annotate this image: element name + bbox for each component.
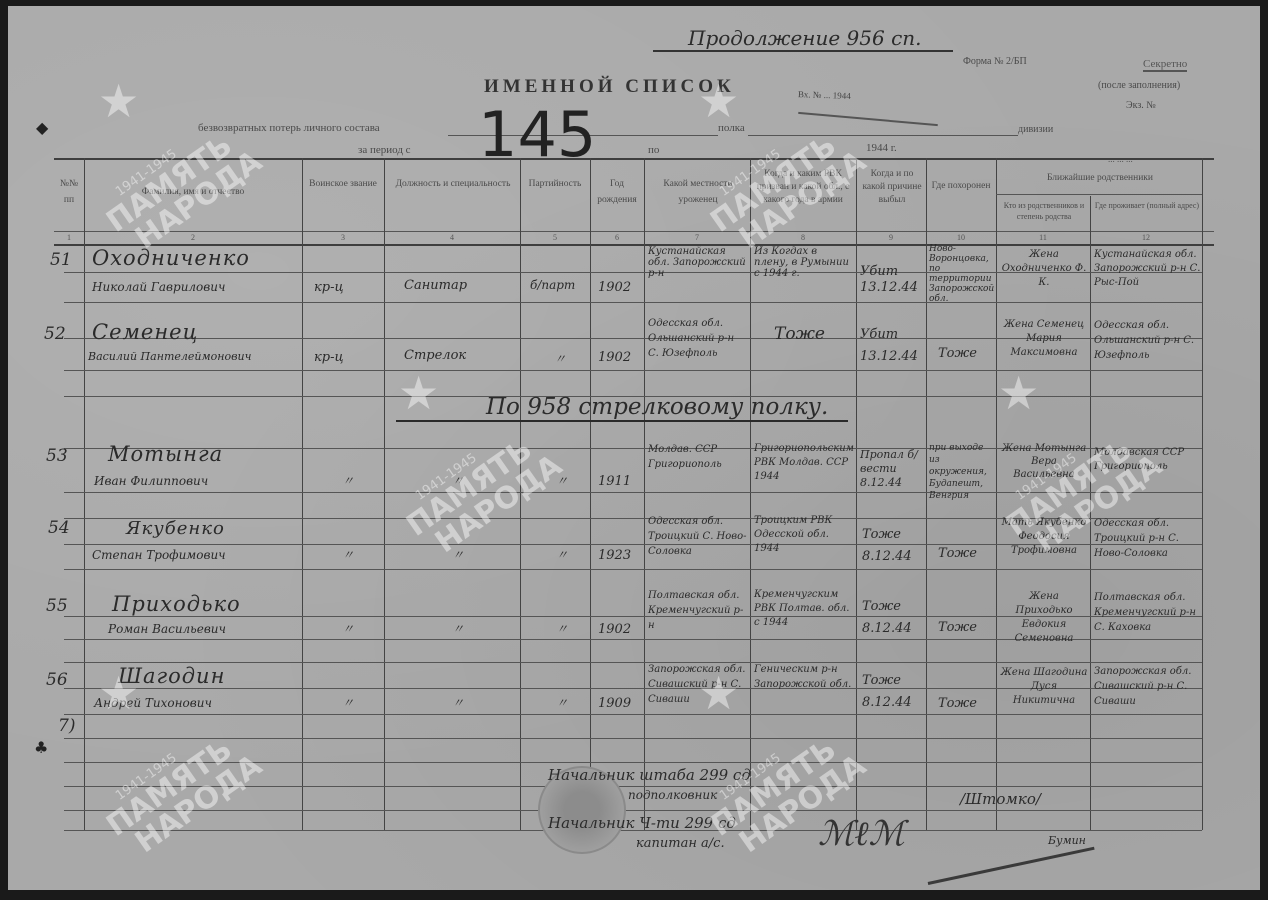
watermark-star-icon: ★: [98, 74, 139, 128]
watermark-line1: ПАМЯТЬ: [102, 122, 250, 238]
party: б/парт: [530, 278, 575, 292]
watermark-star-icon: ★: [998, 366, 1039, 420]
watermark-years: 1941-1945: [718, 714, 837, 803]
header-buried: Где похоронен: [928, 178, 994, 194]
given-names: Николай Гаврилович: [92, 280, 225, 294]
address: Запорожская обл. Сивашский р-н С. Сиваши: [1094, 664, 1206, 709]
burial-place: Ново-Воронцовка, по территории Запорожск…: [929, 244, 995, 304]
drafted: Кременчугским РВК Полтав. обл. с 1944: [754, 588, 854, 630]
relatives-subheader-line: [996, 194, 1202, 195]
left-reason: Убит 13.12.44: [860, 264, 924, 296]
rank: 〃: [342, 546, 354, 563]
relative: Жена Приходько Евдокия Семеновна: [1000, 590, 1088, 646]
left-reason: Тоже 8.12.44: [862, 596, 926, 640]
given-names: Степан Трофимович: [92, 548, 226, 562]
handwritten-division-number: 145: [478, 98, 596, 171]
row-number: 52: [44, 324, 66, 344]
col-num: 8: [750, 233, 856, 242]
relative: Мать Якубенко Феодосия Трофимовна: [1000, 516, 1088, 558]
col-line-1: [84, 158, 85, 830]
rule-line: [64, 762, 1202, 763]
relative: Жена Оходниченко Ф. К.: [1000, 248, 1088, 290]
birth-year: 1923: [598, 548, 631, 563]
watermark-star-icon: ★: [698, 74, 739, 128]
header-drafted: Когда и каким РВК призван и какой обл., …: [754, 168, 852, 207]
position: Санитар: [404, 278, 467, 293]
col-num: 11: [996, 233, 1090, 242]
address: Кустанайская обл. Запорожский р-н С. Рыс…: [1094, 248, 1206, 290]
birth-year: 1911: [598, 474, 631, 489]
position: 〃: [452, 472, 464, 489]
header-birth-year: Год рождения: [592, 176, 642, 208]
after-fill-label: (после заполнения): [1098, 80, 1180, 91]
watermark-line1: ПАМЯТЬ: [402, 426, 550, 542]
header-left: Когда и по какой причине выбыл: [860, 168, 924, 207]
header-rank: Воинское звание: [308, 176, 378, 192]
subtitle-losses: безвозвратных потерь личного состава: [198, 122, 380, 134]
col-line-9: [926, 158, 927, 830]
section-heading: По 958 стрелковому полку.: [486, 394, 828, 420]
chief-of-staff-name: /Штомко/: [960, 790, 1041, 808]
rank: кр-ц: [314, 280, 344, 295]
col-line-11: [1090, 196, 1091, 830]
division-label: дивизии: [1018, 124, 1053, 135]
rank: 〃: [342, 472, 354, 489]
given-names: Василий Пантелеймонович: [88, 350, 251, 363]
party: 〃: [556, 694, 568, 711]
rule-line: [64, 662, 1202, 663]
left-reason: Тоже 8.12.44: [862, 670, 926, 714]
position: Стрелок: [404, 348, 466, 363]
surname: Якубенко: [126, 518, 225, 539]
birth-year: 1902: [598, 622, 631, 637]
chief-of-staff-rank: подполковник: [628, 788, 717, 802]
burial-place: Тоже: [938, 696, 977, 711]
col-line-4: [520, 158, 521, 830]
address: Одесская обл. Троицкий р-н С. Ново-Солов…: [1094, 516, 1206, 561]
rule-line: [64, 786, 1202, 787]
party: 〃: [556, 620, 568, 637]
address: Молдавская ССР Григориополь: [1094, 446, 1206, 474]
relative: Жена Мотынга Вера Васильевна: [1000, 442, 1088, 481]
header-relative-who: Кто из родственников и степень родства: [1000, 200, 1088, 222]
signature-scrawl: ℳℓℳ: [818, 814, 905, 854]
form-number: Форма № 2/БП: [963, 56, 1027, 67]
signature-stroke: [928, 847, 1095, 885]
table-top-border: [54, 158, 1214, 160]
document-page: Продолжение 956 сп. Форма № 2/БП Секретн…: [8, 6, 1260, 890]
drafted: Григориопольским РВК Молдав. ССР 1944: [754, 442, 854, 484]
header-position: Должность и специальность: [392, 176, 514, 192]
given-names: Роман Васильевич: [108, 622, 226, 636]
header-party: Партийность: [524, 176, 586, 192]
row-number: 55: [46, 596, 68, 616]
col-line-7: [750, 158, 751, 830]
col-line-3: [384, 158, 385, 830]
position: 〃: [452, 620, 464, 637]
watermark-line2: НАРОДА: [431, 450, 568, 558]
stamp-underline: [798, 112, 938, 126]
continuation-underline: [653, 50, 953, 52]
rule-line: [64, 492, 1202, 493]
address: Полтавская обл. Кременчугский р-н С. Ках…: [1094, 590, 1206, 635]
continuation-note: Продолжение 956 сп.: [688, 26, 922, 50]
incoming-stamp: Вх. № ... 1944: [798, 89, 851, 101]
col-line-6: [644, 158, 645, 830]
col-line-5: [590, 158, 591, 830]
surname: Семенец: [92, 320, 198, 344]
period-to-label: по: [648, 144, 659, 156]
row-number: 54: [48, 518, 70, 538]
row-number: 51: [50, 250, 72, 270]
blank-row-number: 7): [58, 716, 75, 736]
section-heading-underline: [396, 420, 848, 422]
origin: Полтавская обл. Кременчугский р-н: [648, 588, 748, 633]
chief-of-staff-title: Начальник штаба 299 сд: [548, 766, 751, 784]
rule-line: [64, 738, 1202, 739]
birth-year: 1909: [598, 696, 631, 711]
left-reason: Тоже 8.12.44: [862, 524, 926, 568]
relative: Жена Шагодина Дуся Никитична: [1000, 666, 1088, 708]
watermark-years: 1941-1945: [114, 714, 233, 803]
period-from-label: за период с: [358, 144, 411, 156]
drafted: Из Когдах в плену, в Румынии с 1944 г.: [754, 246, 854, 279]
watermark-line1: ПАМЯТЬ: [102, 726, 250, 842]
position: 〃: [452, 694, 464, 711]
burial-place: при выходе из окружения, Будапешт, Венгр…: [929, 442, 995, 502]
drafted: Троицким РВК Одесской обл. 1944: [754, 514, 854, 556]
rank: 〃: [342, 694, 354, 711]
burial-place: Тоже: [938, 346, 977, 361]
surname: Мотынга: [108, 442, 223, 466]
col-num: 5: [520, 233, 590, 242]
header-bottom-line: [54, 231, 1214, 232]
birth-year: 1902: [598, 350, 631, 365]
col-num: 2: [84, 233, 302, 242]
watermark-star-icon: ★: [398, 366, 439, 420]
row-number: 53: [46, 446, 68, 466]
address: Одесская обл. Ольшанский р-н С. Юзефполь: [1094, 318, 1206, 363]
col-num: 10: [926, 233, 996, 242]
rule-line: [64, 569, 1202, 570]
drafted: Геническим р-н Запорожской обл.: [754, 662, 854, 692]
col-num: 12: [1090, 233, 1202, 242]
burial-place: Тоже: [938, 620, 977, 635]
rule-line: [64, 302, 1202, 303]
given-names: Иван Филиппович: [94, 474, 208, 488]
origin: Кустанайская обл. Запорожский р-н: [648, 246, 748, 279]
rank: 〃: [342, 620, 354, 637]
header-num: №№ пп: [54, 176, 84, 208]
col-line-2: [302, 158, 303, 830]
header-address: Где проживает (полный адрес): [1094, 200, 1200, 211]
row-number: 56: [46, 670, 68, 690]
rule-line: [64, 714, 1202, 715]
surname: Приходько: [112, 592, 241, 616]
ink-mark: ◆: [36, 118, 48, 137]
header-relatives: Ближайшие родственники: [1000, 170, 1200, 186]
col-num: 1: [54, 233, 84, 242]
copy-number-label: Экз. №: [1126, 100, 1156, 111]
col-num: 7: [644, 233, 750, 242]
origin: Молдав. ССР Григориополь: [648, 442, 748, 472]
origin: Одесская обл. Ольшанский р-н С. Юзефполь: [648, 316, 748, 361]
header-name: Фамилия, имя и отчество: [84, 184, 302, 200]
party: 〃: [556, 472, 568, 489]
surname: Оходниченко: [92, 246, 250, 270]
col-num: 9: [856, 233, 926, 242]
col-line-10: [996, 158, 997, 830]
regiment-fill-line: [748, 135, 1018, 136]
ink-mark: ♣: [34, 738, 48, 757]
burial-place: Тоже: [938, 546, 977, 561]
header-origin: Какой местности уроженец: [648, 176, 748, 208]
watermark-years: 1941-1945: [414, 414, 533, 503]
party: 〃: [556, 546, 568, 563]
origin: Одесская обл. Троицкий С. Ново-Соловка: [648, 514, 748, 559]
rank: кр-ц: [314, 350, 344, 365]
col-num: 6: [590, 233, 644, 242]
watermark-star-icon: ★: [98, 666, 139, 720]
secret-label: Секретно: [1143, 58, 1187, 72]
rule-line: [64, 810, 1202, 811]
watermark-line2: НАРОДА: [131, 750, 268, 858]
position: 〃: [452, 546, 464, 563]
col-num: 4: [384, 233, 520, 242]
drafted: Тоже: [774, 324, 825, 344]
period-year: 1944 г.: [866, 142, 897, 154]
watermark-star-icon: ★: [698, 666, 739, 720]
col-num: 3: [302, 233, 384, 242]
relative: Жена Семенец Мария Максимовна: [1000, 318, 1088, 360]
unit-chief-name: Бумин: [1048, 834, 1086, 847]
col-line-8: [856, 158, 857, 830]
party: 〃: [554, 350, 566, 367]
birth-year: 1902: [598, 280, 631, 295]
left-reason: Пропал б/вести 8.12.44: [860, 448, 924, 490]
left-reason: Убит 13.12.44: [860, 324, 924, 368]
unit-chief-title: Начальник Ч-ти 299 сд: [548, 814, 736, 832]
unit-chief-rank: капитан а/с.: [636, 836, 725, 851]
